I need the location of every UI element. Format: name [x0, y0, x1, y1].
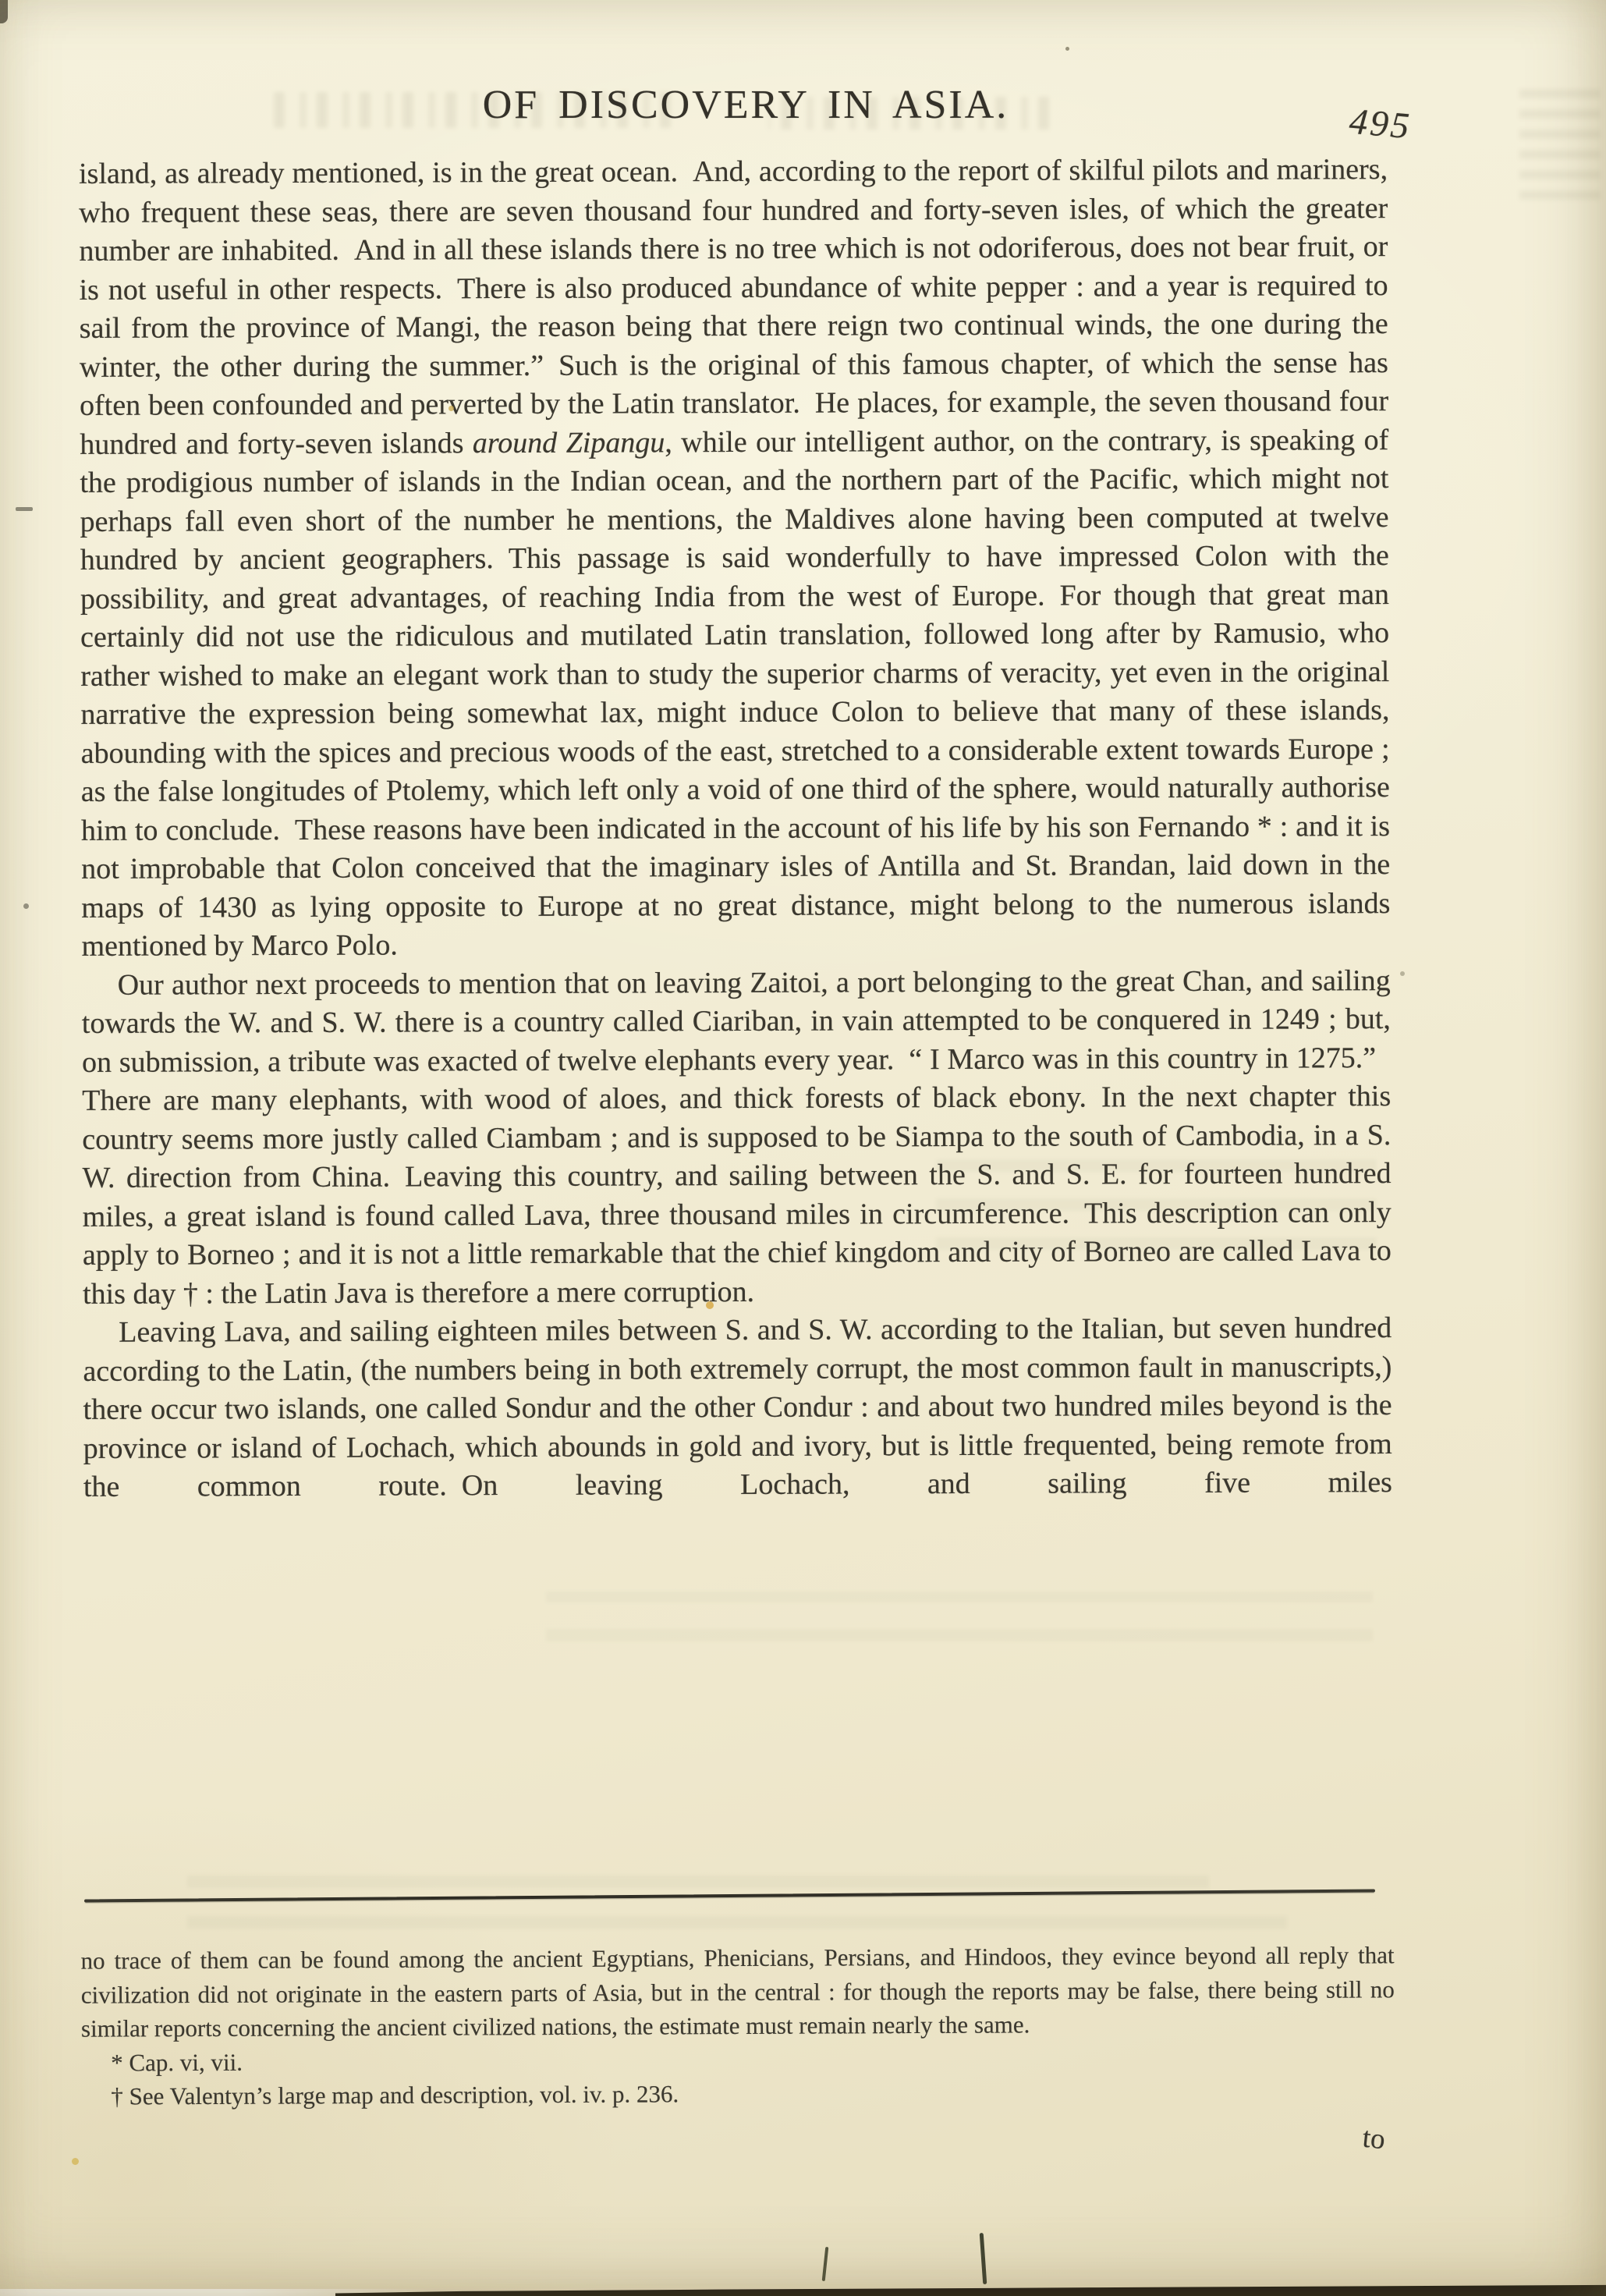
dagger-marker: † — [111, 2082, 123, 2110]
paragraph-3: Leaving Lava, and sailing eighteen miles… — [83, 1309, 1392, 1506]
show-through-smudge — [187, 1861, 1209, 1888]
catchword: to — [1361, 2121, 1387, 2157]
italic-phrase-around-zipangu: around Zipangu — [473, 426, 665, 460]
footnote-section: no trace of them can be found among the … — [81, 1938, 1395, 2113]
running-header-title: OF DISCOVERY IN ASIA. — [81, 83, 1390, 127]
footnote-note-1-text: Cap. vi, vii. — [129, 2048, 243, 2076]
paper-speck — [0, 0, 8, 23]
footnote-continuation: no trace of them can be found among the … — [81, 1938, 1395, 2046]
asterisk-marker: * — [111, 2049, 123, 2076]
footnote-note-2: † See Valentyn’s large map and descripti… — [81, 2074, 1395, 2113]
show-through-smudge — [187, 1907, 1287, 1929]
paragraph-2: Our author next proceeds to mention that… — [82, 962, 1392, 1314]
scan-edge-dark — [335, 2284, 1606, 2296]
margin-mark — [23, 903, 29, 909]
scanned-book-page: OF DISCOVERY IN ASIA. 495 island, as alr… — [0, 0, 1606, 2296]
paper-speck — [1065, 47, 1069, 51]
footnote-rule — [84, 1890, 1375, 1903]
show-through-smudge — [1519, 83, 1601, 200]
footnote-note-2-text: See Valentyn’s large map and description… — [129, 2080, 679, 2110]
paper-speck — [72, 2158, 79, 2165]
page-number: 495 — [1347, 101, 1413, 148]
paragraph-1: island, as already mentioned, is in the … — [79, 151, 1391, 966]
paragraph-1-text-continued: , while our intelligent author, on the c… — [80, 424, 1390, 963]
paragraph-2-text: Our author next proceeds to mention that… — [82, 964, 1392, 1311]
body-text-column: island, as already mentioned, is in the … — [79, 151, 1392, 1506]
paper-fiber — [822, 2247, 829, 2281]
margin-mark — [16, 507, 33, 511]
paragraph-3-text: Leaving Lava, and sailing eighteen miles… — [83, 1311, 1392, 1503]
paper-fiber — [980, 2233, 987, 2284]
footnote-note-1: * Cap. vi, vii. — [81, 2040, 1395, 2080]
paragraph-1-text: island, as already mentioned, is in the … — [79, 153, 1388, 460]
show-through-smudge — [546, 1592, 1373, 1641]
paper-speck — [1400, 971, 1405, 976]
